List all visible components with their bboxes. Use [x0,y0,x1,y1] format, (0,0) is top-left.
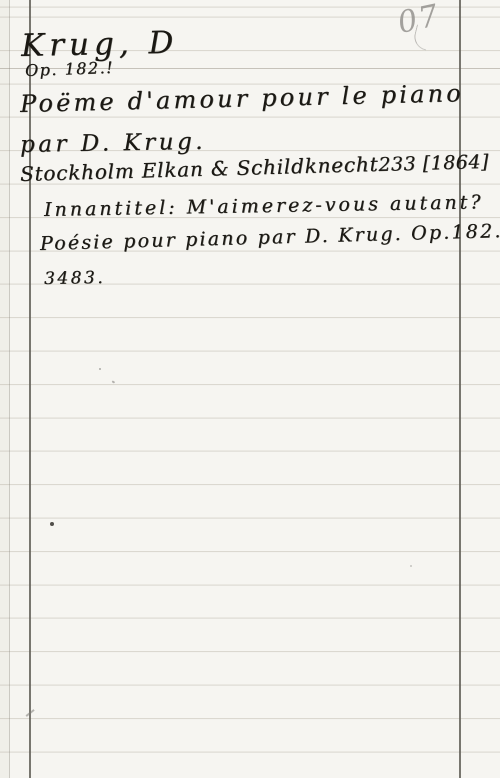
opus-number: Op. 182.! [25,58,115,80]
right-margin-line [459,0,461,778]
plate-number-and-year: 233 [1864] [378,151,489,176]
ruled-lines [0,0,500,778]
byline: par D. Krug. [20,129,206,158]
paper-speck [99,368,101,370]
catalog-card: 07 Krug, D Op. 182.! Poëme d'amour pour … [0,0,500,778]
ink-dot [50,522,54,526]
paper-speck [410,565,412,567]
catalog-number: 3483. [44,268,106,289]
left-edge-line [9,0,10,778]
